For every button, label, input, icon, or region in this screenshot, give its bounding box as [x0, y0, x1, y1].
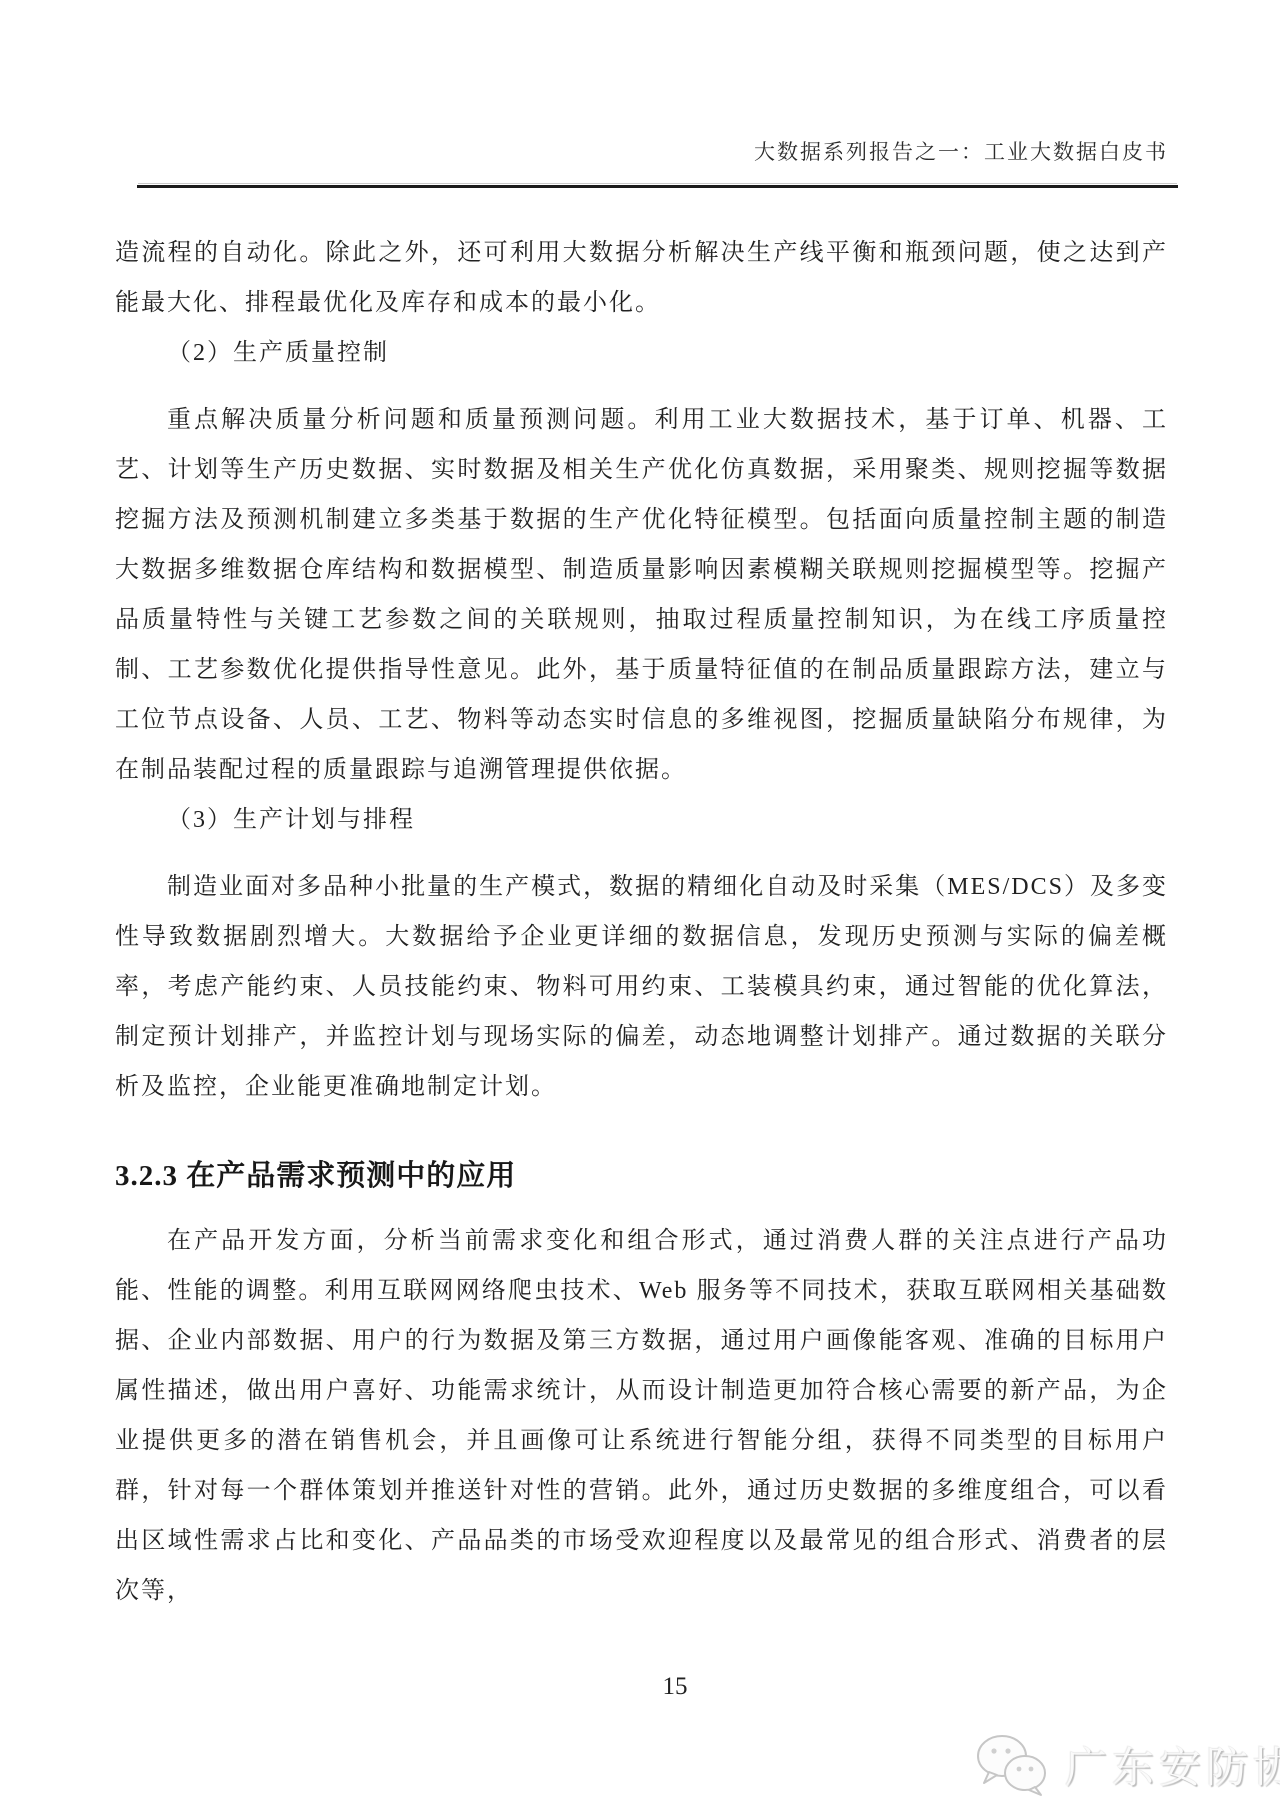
header-rule — [137, 185, 1178, 188]
paragraph-quality-control: 重点解决质量分析问题和质量预测问题。利用工业大数据技术，基于订单、机器、工艺、计… — [115, 395, 1168, 795]
subheading-quality-control: （2）生产质量控制 — [115, 328, 1168, 378]
paragraph-demand-forecast: 在产品开发方面，分析当前需求变化和组合形式，通过消费人群的关注点进行产品功能、性… — [115, 1216, 1168, 1616]
page-header: 大数据系列报告之一：工业大数据白皮书 — [137, 136, 1168, 166]
document-page: 大数据系列报告之一：工业大数据白皮书 造流程的自动化。除此之外，还可利用大数据分… — [0, 0, 1280, 1810]
paragraph-production-line: 造流程的自动化。除此之外，还可利用大数据分析解决生产线平衡和瓶颈问题，使之达到产… — [115, 228, 1168, 328]
page-number: 15 — [640, 1673, 710, 1701]
watermark: 广东安防协会 — [975, 1733, 1280, 1797]
watermark-text: 广东安防协会 — [1065, 1735, 1280, 1795]
paragraph-planning-scheduling: 制造业面对多品种小批量的生产模式，数据的精细化自动及时采集（MES/DCS）及多… — [115, 862, 1168, 1112]
wechat-icon — [975, 1733, 1049, 1797]
section-heading-3-2-3: 3.2.3 在产品需求预测中的应用 — [115, 1154, 1168, 1198]
document-body: 造流程的自动化。除此之外，还可利用大数据分析解决生产线平衡和瓶颈问题，使之达到产… — [115, 228, 1168, 1616]
header-title: 大数据系列报告之一：工业大数据白皮书 — [754, 140, 1168, 164]
subheading-planning-scheduling: （3）生产计划与排程 — [115, 795, 1168, 845]
